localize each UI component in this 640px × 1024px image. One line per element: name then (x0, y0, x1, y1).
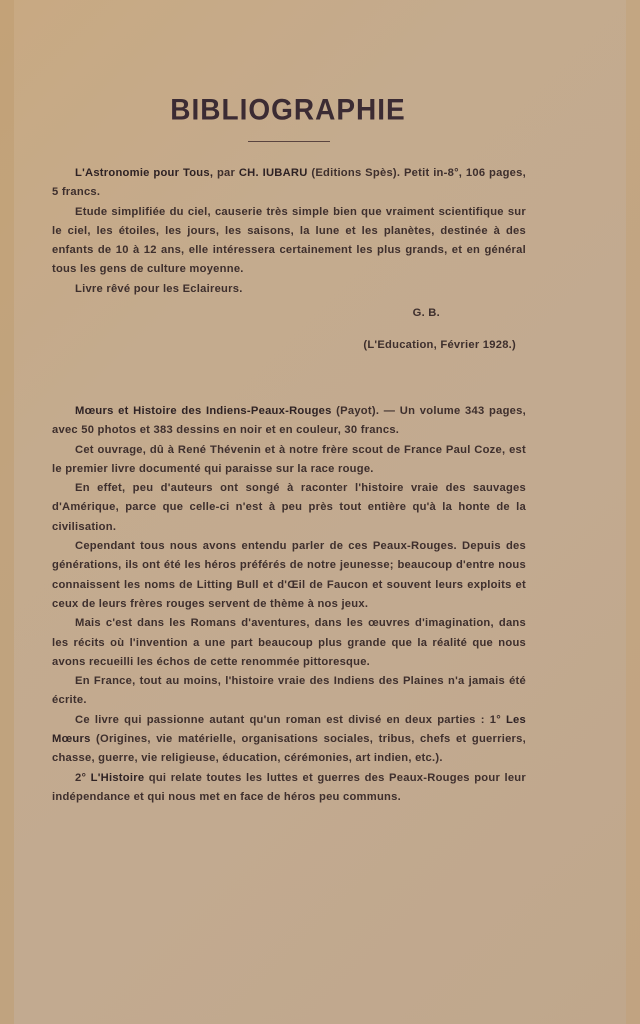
parts-intro: Ce livre qui passionne autant qu'un roma… (75, 714, 506, 726)
review-parts-paragraph: Ce livre qui passionne autant qu'un roma… (52, 711, 526, 769)
review-paragraph: Livre rêvé pour les Eclaireurs. (52, 280, 526, 299)
by-text: par (213, 167, 239, 179)
review-heading: L'Astronomie pour Tous, par CH. IUBARU (… (52, 164, 526, 203)
review-paragraph: Cet ouvrage, dû à René Thévenin et à not… (52, 441, 526, 480)
review-astronomie: L'Astronomie pour Tous, par CH. IUBARU (… (52, 164, 526, 356)
part2-num: 2° (75, 772, 91, 784)
part2-label: L'Histoire (91, 772, 145, 784)
title-divider (248, 141, 330, 142)
review-heading: Mœurs et Histoire des Indiens-Peaux-Roug… (52, 402, 526, 441)
review-part2-paragraph: 2° L'Histoire qui relate toutes les lutt… (52, 769, 526, 808)
review-paragraph: Mais c'est dans les Romans d'aventures, … (52, 614, 526, 672)
page-edge-left (0, 0, 14, 1024)
part1-text: (Origines, vie matérielle, organisations… (52, 733, 526, 764)
review-signature: G. B. (52, 304, 526, 323)
review-source: (L'Education, Février 1928.) (52, 336, 526, 355)
review-paragraph: Etude simplifiée du ciel, causerie très … (52, 203, 526, 280)
review-paragraph: En France, tout au moins, l'histoire vra… (52, 672, 526, 711)
book-author: CH. IUBARU (239, 167, 308, 179)
page-edge-right (626, 0, 640, 1024)
review-paragraph: En effet, peu d'auteurs ont songé à raco… (52, 479, 526, 537)
review-paragraph: Cependant tous nous avons entendu parler… (52, 537, 526, 614)
page-title: BIBLIOGRAPHIE (0, 93, 576, 127)
book-title: Mœurs et Histoire des Indiens-Peaux-Roug… (75, 405, 332, 417)
review-indiens: Mœurs et Histoire des Indiens-Peaux-Roug… (52, 402, 526, 807)
book-title: L'Astronomie pour Tous, (75, 167, 213, 179)
